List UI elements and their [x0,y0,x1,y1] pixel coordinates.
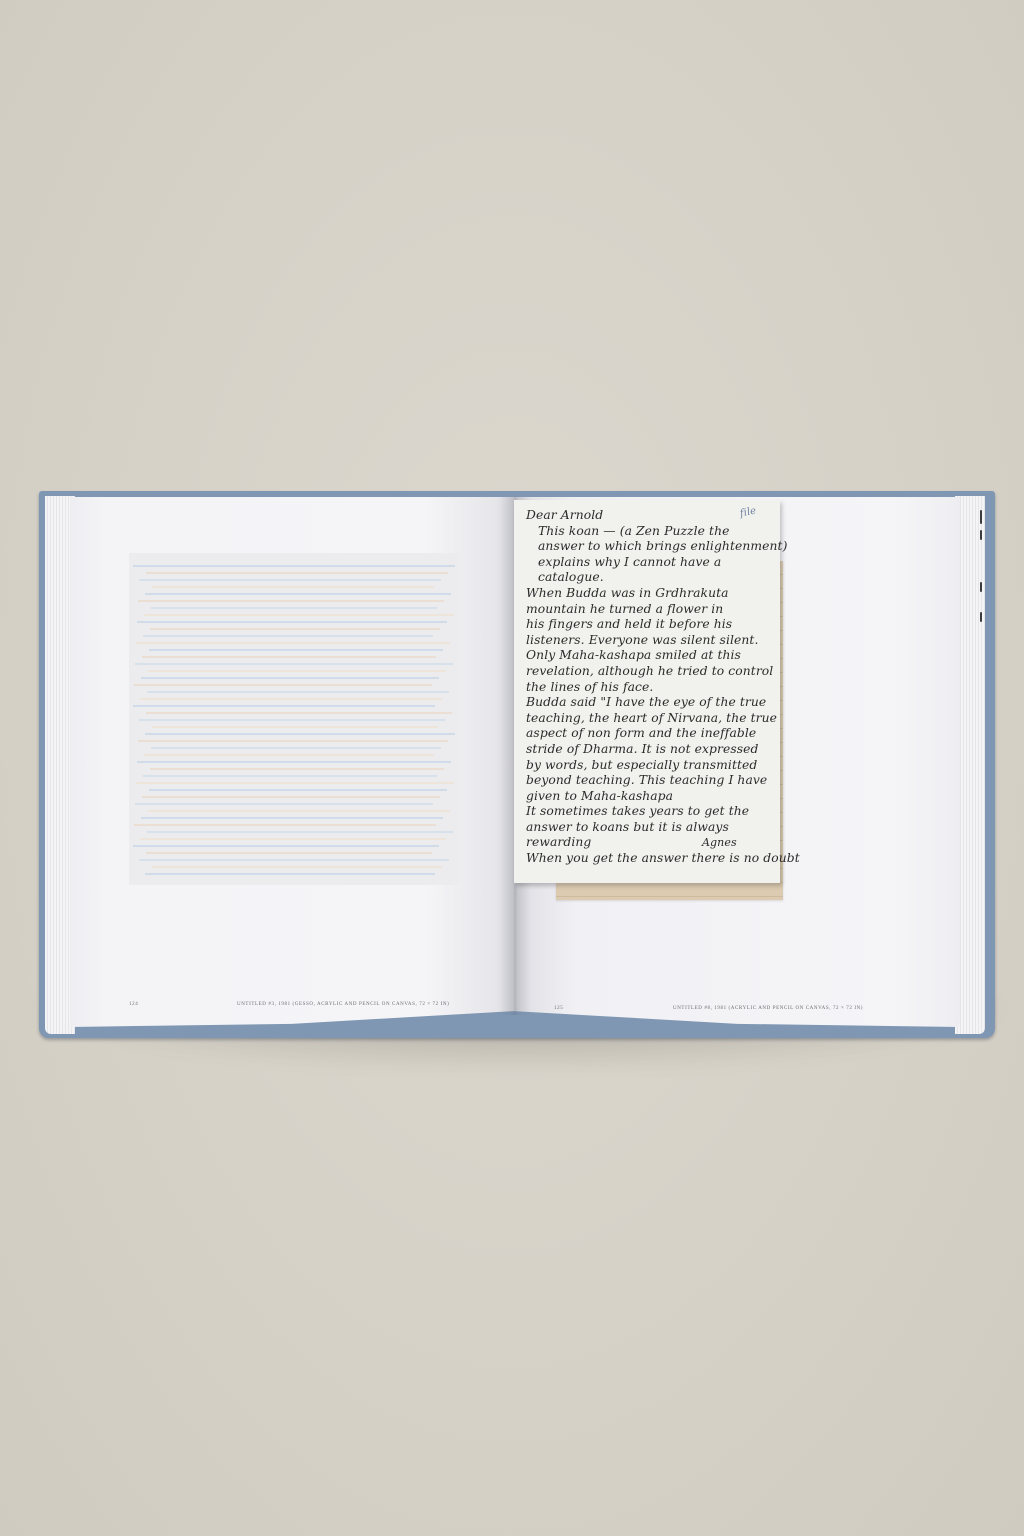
painting-stripe [146,712,452,714]
painting-stripe [137,621,447,623]
letter-line: When you get the answer there is no doub… [526,851,772,867]
painting-stripe [136,782,454,784]
painting-stripe [141,817,443,819]
right-page-number: 125 [554,1006,563,1011]
painting-stripe [134,824,436,826]
painting-stripe [150,628,440,630]
left-page-caption: Untitled #3, 1981 (gesso, acrylic and pe… [237,1002,449,1007]
letter-line: the lines of his face. [526,680,772,696]
painting-stripe [146,852,432,854]
painting-stripe [148,670,446,672]
painting-stripe [146,572,448,574]
letter-line: This koan — (a Zen Puzzle the [526,524,772,540]
right-page-caption: Untitled #8, 1981 (acrylic and pencil on… [673,1006,863,1011]
painting-stripe [152,726,438,728]
painting-stripe [147,691,449,693]
painting-stripe [139,579,441,581]
fore-edge-mark [980,530,982,540]
painting-stripe [145,593,451,595]
fore-edge-mark [980,510,982,524]
letter-line: It sometimes takes years to get the [526,804,772,820]
letter-line: revelation, although he tried to control [526,664,772,680]
letter-line: Only Maha-kashapa smiled at this [526,648,772,664]
painting-stripe [151,747,441,749]
painting-stripe [137,761,451,763]
letter-line: When Budda was in Grdhrakuta [526,586,772,602]
painting-stripe [138,600,444,602]
letter-line: teaching, the heart of Nirvana, the true [526,711,772,727]
painting-stripe [147,831,453,833]
letter-line: answer to which brings enlightenment) [526,539,772,555]
letter-line: his fingers and held it before his [526,617,772,633]
fore-edge-mark [980,612,982,622]
painting-stripe [152,866,442,868]
letter-annotation: file [739,503,758,522]
letter-line: by words, but especially transmitted [526,758,772,774]
letter-line: stride of Dharma. It is not expressed [526,742,772,758]
painting-stripe [140,838,446,840]
painting-stripe [149,649,443,651]
stripe-painting [129,553,459,885]
painting-stripe [135,803,433,805]
painting-stripe [142,656,436,658]
letter-line: explains why I cannot have a [526,555,772,571]
letter-line: mountain he turned a flower in [526,602,772,618]
painting-stripe [138,740,448,742]
painting-stripe [145,733,455,735]
painting-stripe [136,642,450,644]
letter-line: beyond teaching. This teaching I have [526,773,772,789]
painting-stripe [152,586,434,588]
handwritten-letter: file Dear Arnold This koan — (a Zen Puzz… [514,500,780,883]
painting-stripe [145,873,435,875]
fore-edge-mark [980,582,982,592]
letter-line: catalogue. [526,570,772,586]
letter-signature: Agnes [702,835,737,851]
letter-line: aspect of non form and the ineffable [526,726,772,742]
letter-line: listeners. Everyone was silent silent. [526,633,772,649]
painting-stripe [149,789,447,791]
letter-line: Budda said "I have the eye of the true [526,695,772,711]
painting-stripe [140,698,442,700]
painting-stripe [142,796,440,798]
left-page-number: 124 [129,1002,138,1007]
painting-stripe [133,845,439,847]
painting-stripe [144,754,434,756]
painting-stripe [133,705,435,707]
painting-stripe [151,607,437,609]
painting-stripe [150,768,444,770]
painting-stripe [148,810,450,812]
painting-stripe [144,614,454,616]
painting-stripe [143,635,433,637]
painting-stripe [134,684,432,686]
letter-line: Dear Arnold [526,508,772,524]
painting-stripe [139,719,445,721]
letter-line: answer to koans but it is always [526,820,772,836]
painting-stripe [143,775,437,777]
painting-stripe [141,677,439,679]
letter-line: given to Maha-kashapa [526,789,772,805]
painting-stripe [135,663,453,665]
painting-stripe [133,565,455,567]
painting-stripe [139,859,449,861]
